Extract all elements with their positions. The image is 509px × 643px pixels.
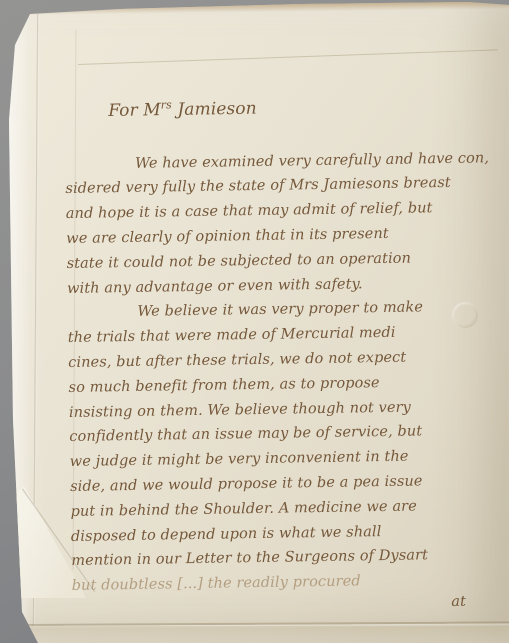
bottom-sheet-edge (12, 626, 509, 643)
heading-post: Jamieson (172, 99, 257, 120)
letter-heading: For Mrs Jamieson (108, 89, 502, 122)
photo-backdrop: For Mrs Jamieson We have examined very c… (0, 0, 509, 643)
browned-top-edge (24, 0, 509, 15)
letter-body: For Mrs Jamieson We have examined very c… (64, 89, 509, 617)
heading-superscript: rs (161, 98, 172, 111)
letter-page: For Mrs Jamieson We have examined very c… (0, 0, 509, 643)
paragraph-2: We believe it was very proper to make th… (67, 295, 509, 599)
top-crease-line (78, 49, 498, 65)
paragraph-1: We have examined very carefully and have… (65, 146, 505, 302)
heading-pre: For M (108, 100, 161, 121)
